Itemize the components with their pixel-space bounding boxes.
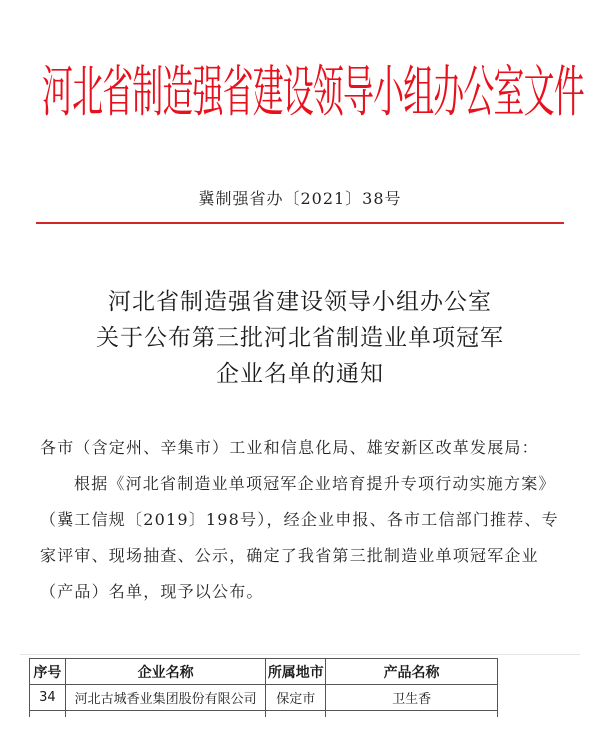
salutation: 各市（含定州、辛集市）工业和信息化局、雄安新区改革发展局： <box>40 430 570 466</box>
title-line-2: 关于公布第三批河北省制造业单项冠军 <box>0 320 600 356</box>
table-row: 34 河北古城香业集团股份有限公司 保定市 卫生香 <box>30 685 498 711</box>
notice-title: 河北省制造强省建设领导小组办公室 关于公布第三批河北省制造业单项冠军 企业名单的… <box>0 284 600 392</box>
table-header-row: 序号 企业名称 所属地市 产品名称 <box>30 659 498 685</box>
title-line-3: 企业名单的通知 <box>0 356 600 392</box>
page-break-line <box>20 654 580 655</box>
champion-enterprise-table: 序号 企业名称 所属地市 产品名称 34 河北古城香业集团股份有限公司 保定市 … <box>29 658 498 717</box>
red-divider-line <box>36 222 564 224</box>
notice-body: 各市（含定州、辛集市）工业和信息化局、雄安新区改革发展局： 根据《河北省制造业单… <box>40 430 570 610</box>
header-product: 产品名称 <box>326 659 498 685</box>
body-paragraph: 根据《河北省制造业单项冠军企业培育提升专项行动实施方案》（冀工信规〔2019〕1… <box>40 466 570 610</box>
header-index: 序号 <box>30 659 66 685</box>
cell-company: 河北古城香业集团股份有限公司 <box>65 685 266 711</box>
document-masthead: 河北省制造强省建设领导小组办公室文件 <box>42 29 558 159</box>
title-line-1: 河北省制造强省建设领导小组办公室 <box>0 284 600 320</box>
header-company: 企业名称 <box>65 659 266 685</box>
header-city: 所属地市 <box>266 659 326 685</box>
cell-product: 卫生香 <box>326 685 498 711</box>
cell-city: 保定市 <box>266 685 326 711</box>
cell-index: 34 <box>30 685 66 711</box>
table-row-cutoff <box>30 711 498 718</box>
document-number: 冀制强省办〔2021〕38号 <box>0 186 600 209</box>
